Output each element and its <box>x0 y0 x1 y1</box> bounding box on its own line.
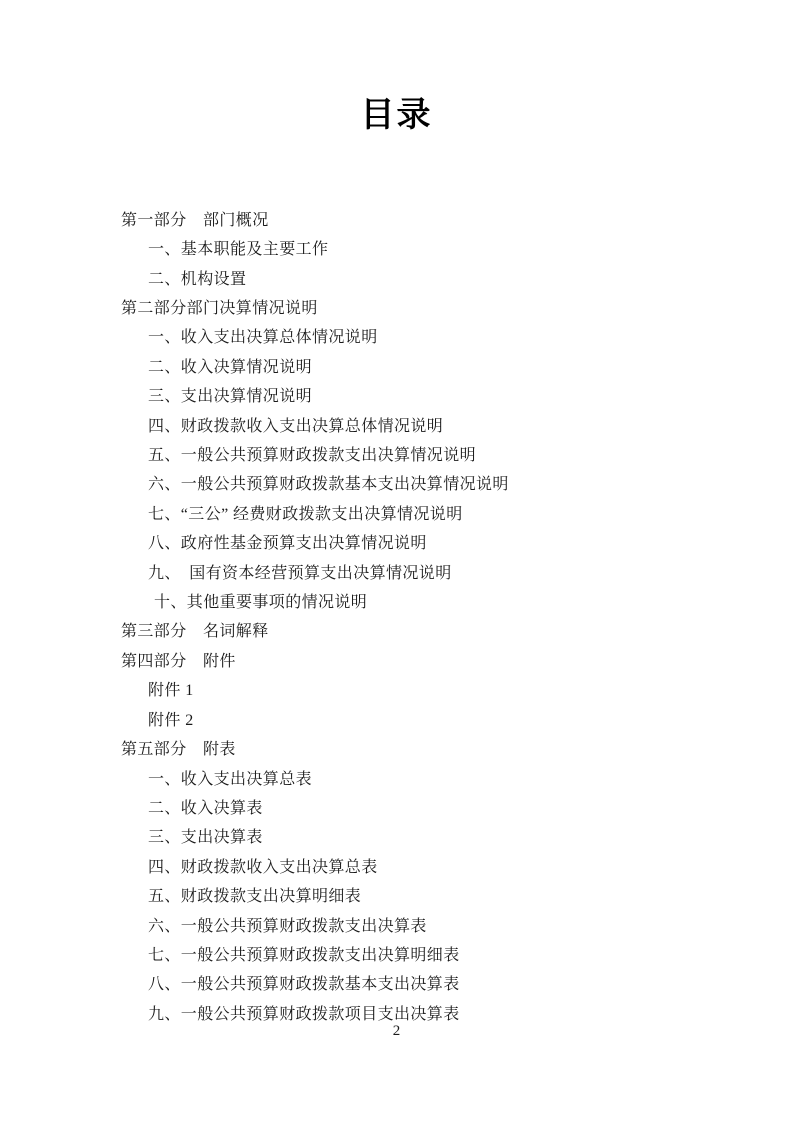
toc-entry: 一、收入支出决算总表 <box>121 765 753 794</box>
toc-entry: 九、 国有资本经营预算支出决算情况说明 <box>121 559 753 588</box>
toc-entry: 二、收入决算情况说明 <box>121 353 753 382</box>
toc-entry: 四、财政拨款收入支出决算总体情况说明 <box>121 412 753 441</box>
toc-entry: 三、支出决算表 <box>121 823 753 852</box>
toc-entry: 四、财政拨款收入支出决算总表 <box>121 853 753 882</box>
toc-entry: 七、“三公” 经费财政拨款支出决算情况说明 <box>121 500 753 529</box>
toc-entry: 八、一般公共预算财政拨款基本支出决算表 <box>121 970 753 999</box>
toc-entry: 附件 2 <box>121 706 753 735</box>
toc-entry: 五、一般公共预算财政拨款支出决算情况说明 <box>121 441 753 470</box>
toc-entry: 三、支出决算情况说明 <box>121 382 753 411</box>
toc-entry: 八、政府性基金预算支出决算情况说明 <box>121 529 753 558</box>
toc-entry: 十、其他重要事项的情况说明 <box>121 588 753 617</box>
toc-entry: 一、收入支出决算总体情况说明 <box>121 323 753 352</box>
toc-entry-part-3: 第三部分 名词解释 <box>121 617 753 646</box>
toc-entry: 二、收入决算表 <box>121 794 753 823</box>
toc-entry: 一、基本职能及主要工作 <box>121 235 753 264</box>
toc-entry-part-4: 第四部分 附件 <box>121 647 753 676</box>
page-title: 目录 <box>0 0 793 136</box>
toc-entry: 附件 1 <box>121 676 753 705</box>
toc-entry: 六、一般公共预算财政拨款基本支出决算情况说明 <box>121 470 753 499</box>
toc-entry-part-2: 第二部分部门决算情况说明 <box>121 294 753 323</box>
toc-entry: 二、机构设置 <box>121 265 753 294</box>
toc-entry: 六、一般公共预算财政拨款支出决算表 <box>121 912 753 941</box>
toc-entry: 五、财政拨款支出决算明细表 <box>121 882 753 911</box>
document-page: 目录 第一部分 部门概况 一、基本职能及主要工作 二、机构设置 第二部分部门决算… <box>0 0 793 1122</box>
toc-entry-part-1: 第一部分 部门概况 <box>121 206 753 235</box>
table-of-contents: 第一部分 部门概况 一、基本职能及主要工作 二、机构设置 第二部分部门决算情况说… <box>121 206 753 1029</box>
toc-entry: 七、一般公共预算财政拨款支出决算明细表 <box>121 941 753 970</box>
toc-entry-part-5: 第五部分 附表 <box>121 735 753 764</box>
page-number: 2 <box>0 1023 793 1040</box>
